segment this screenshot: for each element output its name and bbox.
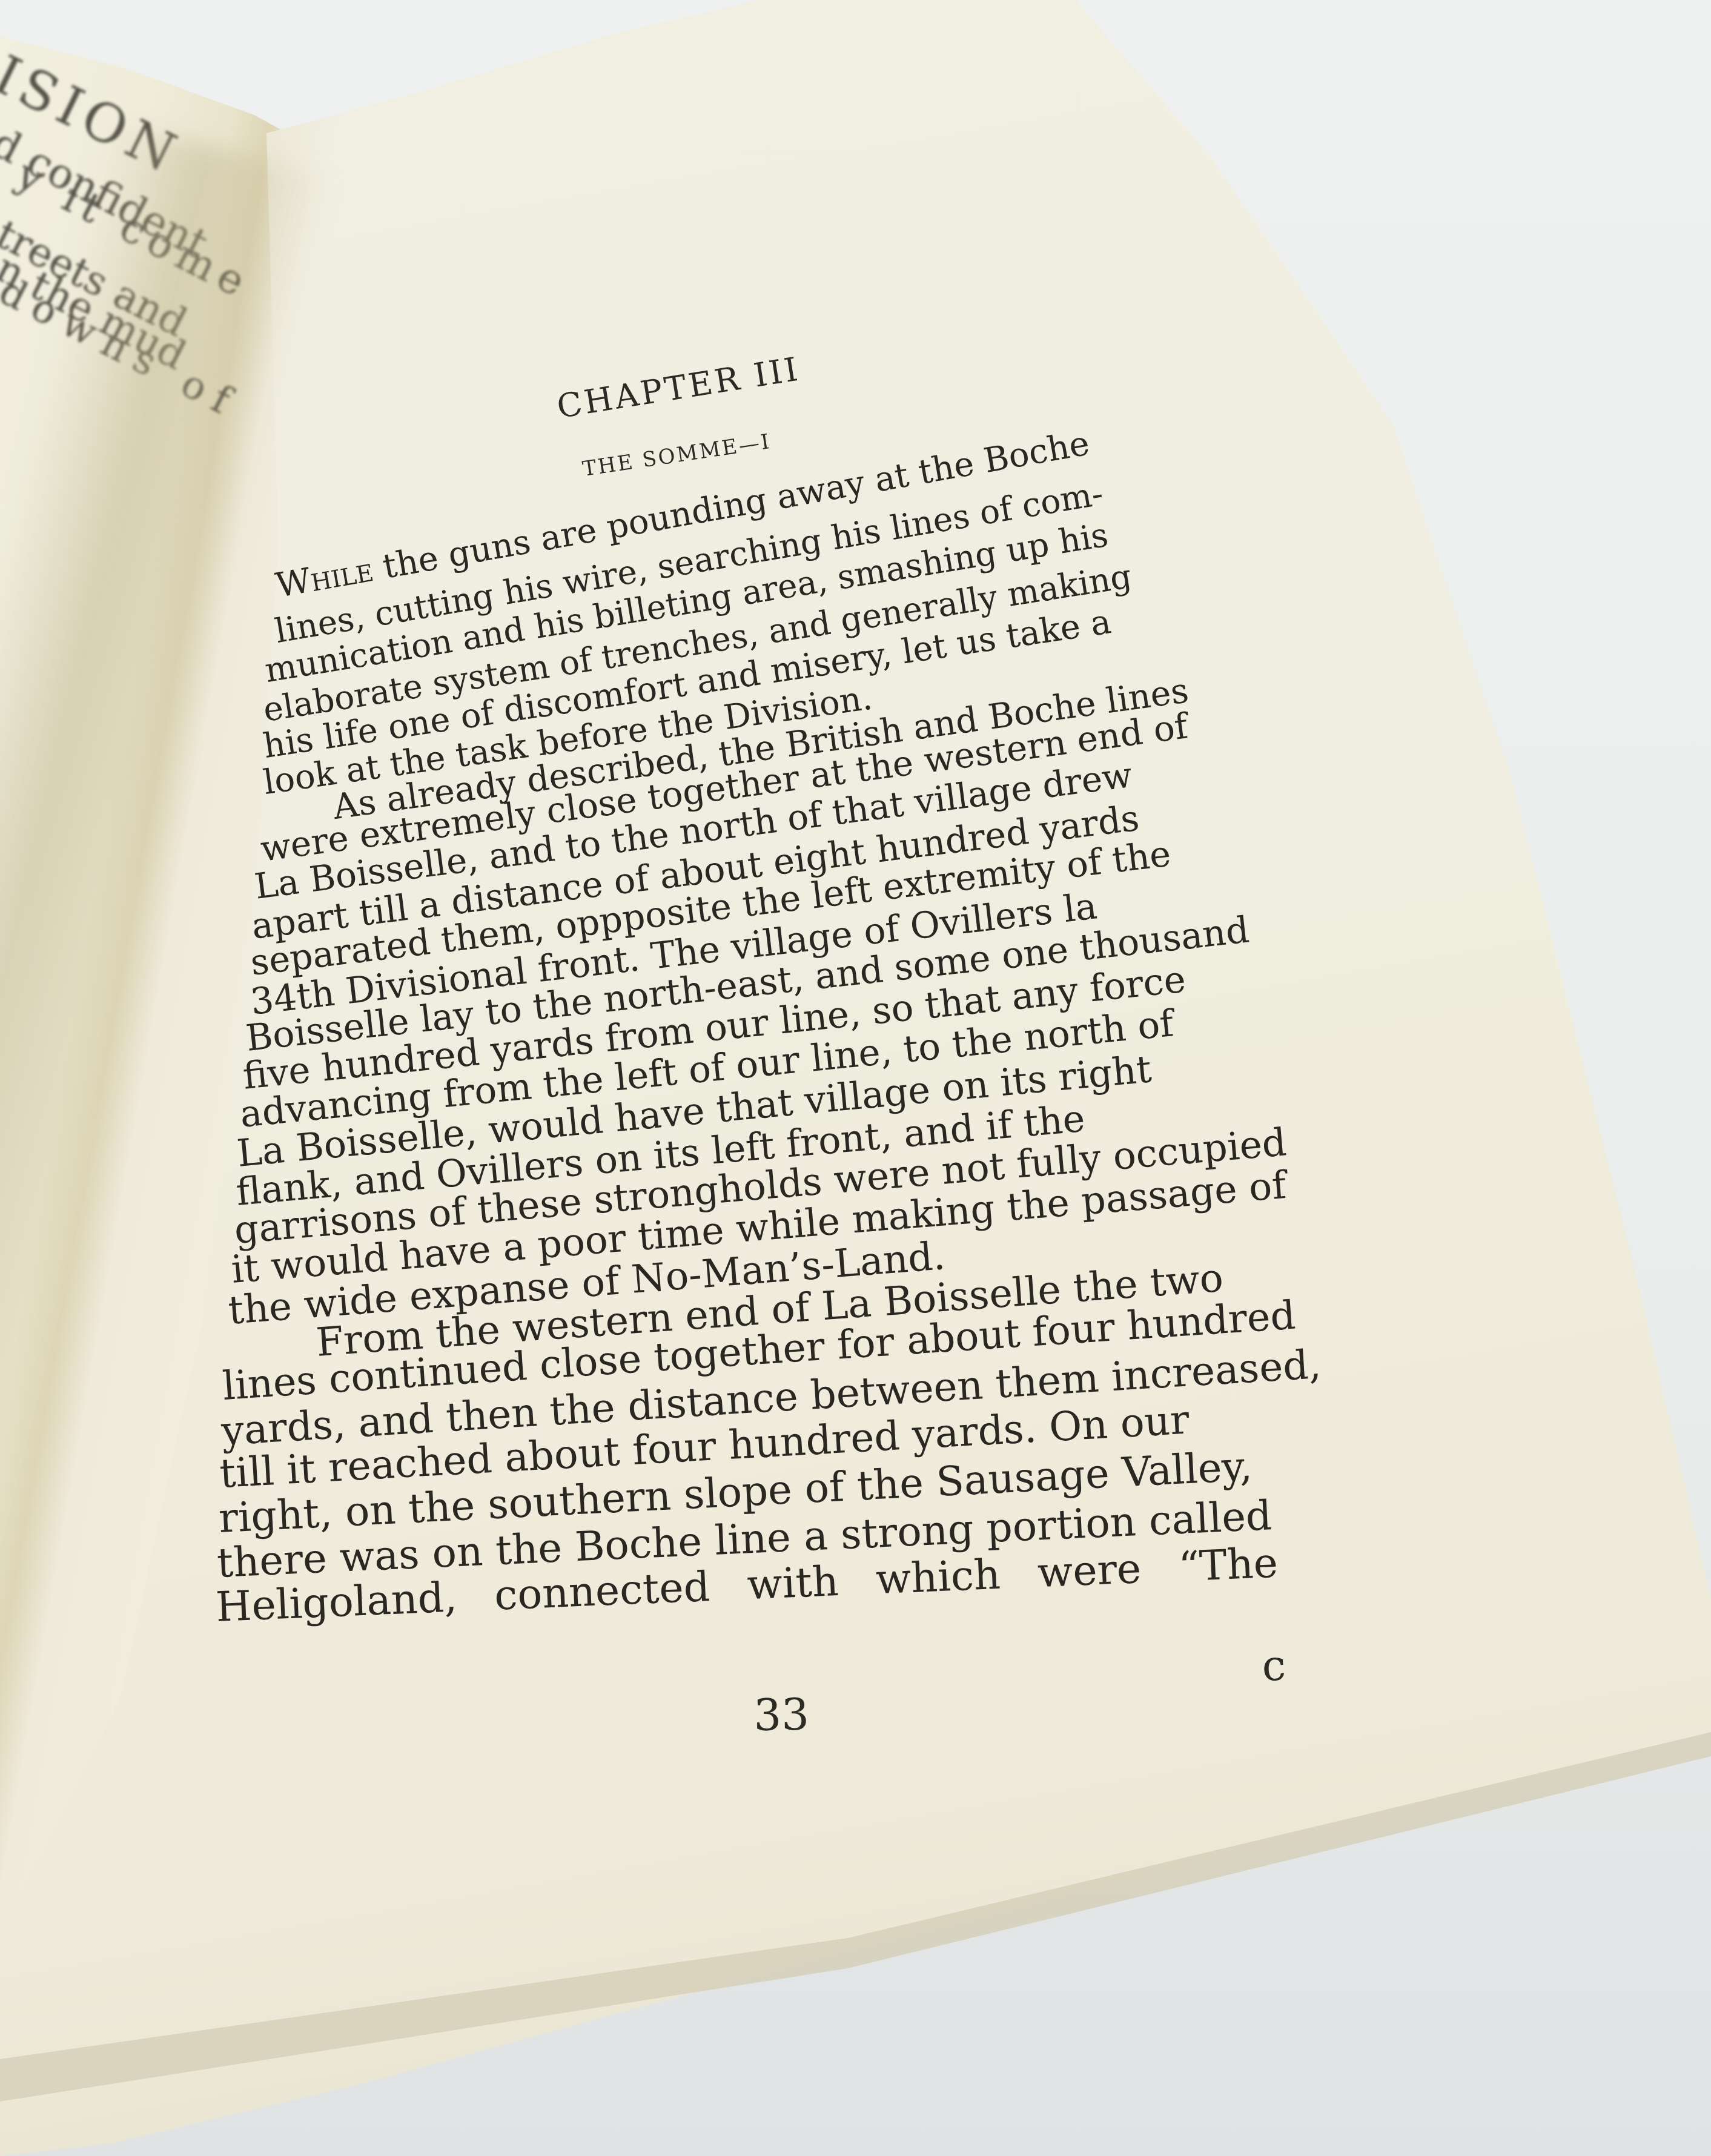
page-number: 33	[753, 1688, 810, 1741]
signature-mark: c	[1261, 1641, 1286, 1691]
